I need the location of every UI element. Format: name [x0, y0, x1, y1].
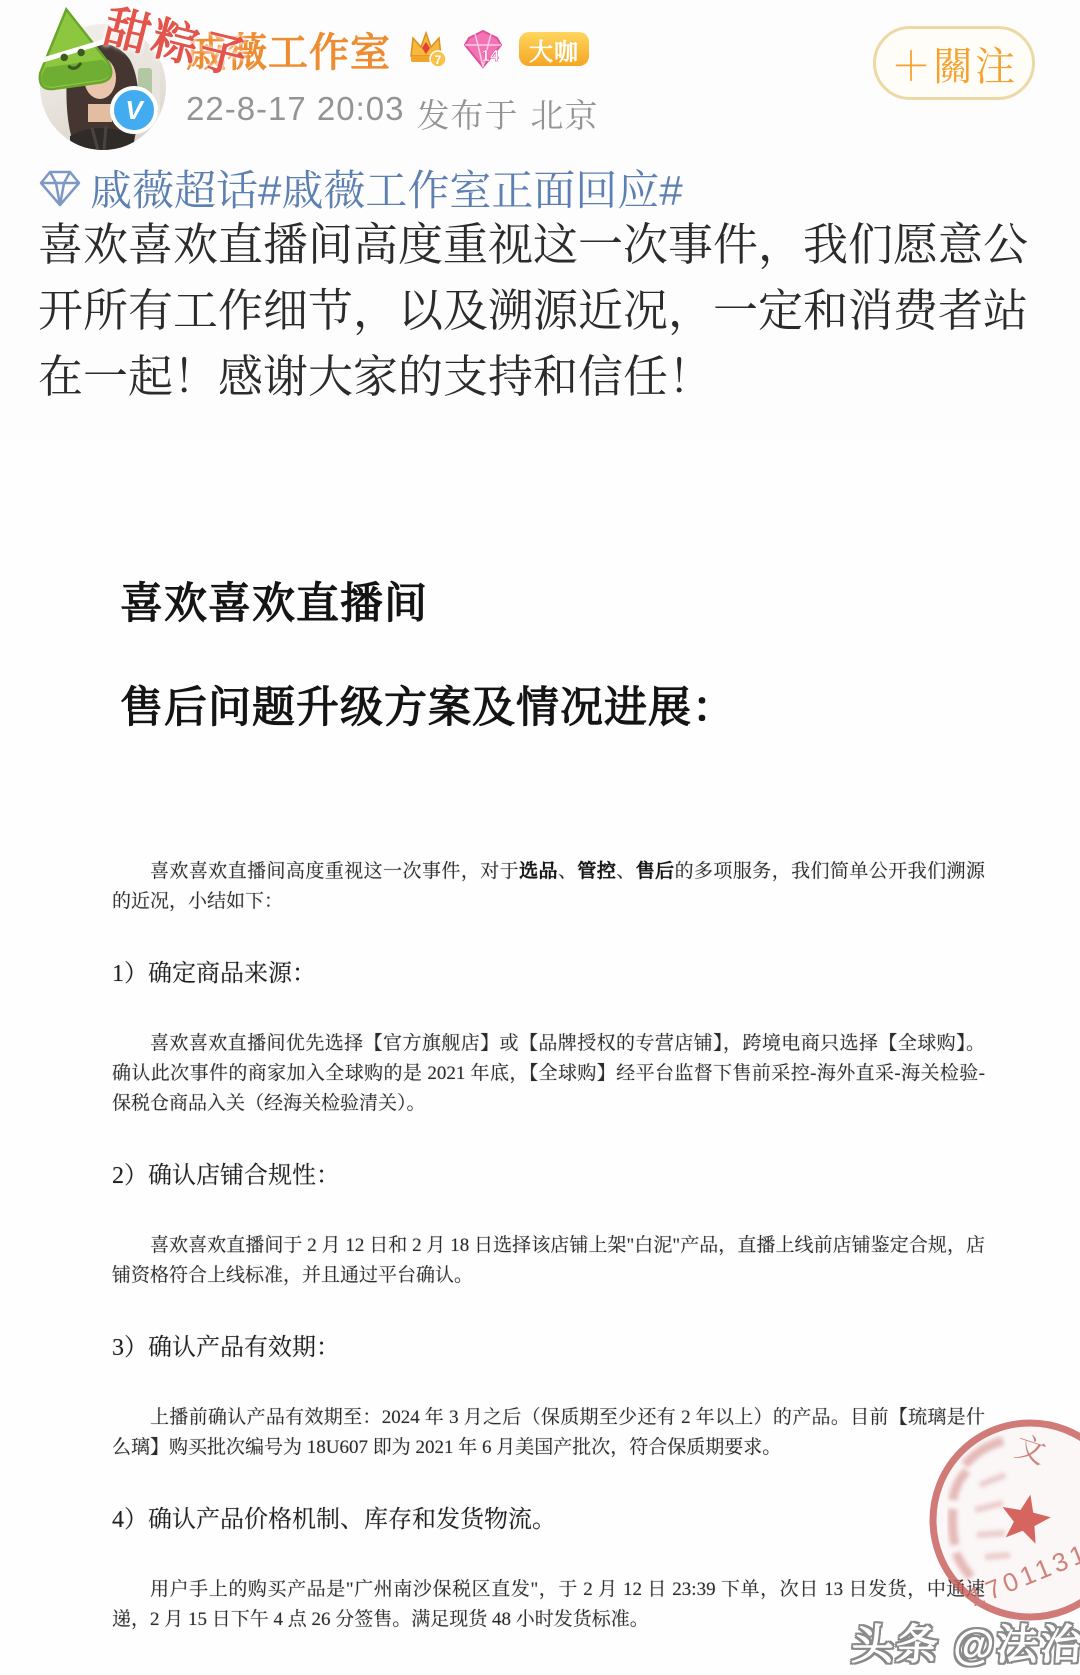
- section-3-body: 上播前确认产品有效期至：2024 年 3 月之后（保质期至少还有 2 年以上）的…: [112, 1403, 985, 1463]
- post-text: 喜欢喜欢直播间高度重视这一次事件，我们愿意公开所有工作细节，以及溯源近况，一定和…: [38, 212, 1038, 410]
- diamond-level-icon[interactable]: 14: [461, 28, 505, 70]
- attached-document-image[interactable]: 喜欢喜欢直播间 售后问题升级方案及情况进展： 喜欢喜欢直播间高度重视这一次事件，…: [0, 440, 1080, 1675]
- username[interactable]: 戚薇工作室: [186, 21, 391, 78]
- published-from-label: 发布于: [417, 90, 519, 137]
- crown-level-icon[interactable]: 7: [405, 29, 447, 69]
- document-title-line1: 喜欢喜欢直播间: [120, 583, 985, 626]
- section-1-heading: 1）确定商品来源：: [112, 959, 985, 989]
- verified-badge-icon: V: [110, 86, 158, 134]
- toutiao-watermark: 头条 @法治潮阳: [850, 1612, 1080, 1672]
- avatar[interactable]: V: [40, 24, 166, 150]
- user-row: 戚薇工作室 7 14 大咖: [186, 22, 589, 76]
- avatar-illustration: [40, 24, 166, 150]
- section-4-heading: 4）确认产品价格机制、库存和发货物流。: [112, 1505, 985, 1535]
- intro-separator: 、: [616, 861, 635, 882]
- section-3-heading: 3）确认产品有效期：: [112, 1333, 985, 1363]
- avatar-photo: [40, 24, 166, 150]
- section-2-body: 喜欢喜欢直播间于 2 月 12 日和 2 月 18 日选择该店铺上架"白泥"产品…: [112, 1231, 985, 1291]
- document-intro-paragraph: 喜欢喜欢直播间高度重视这一次事件，对于选品、管控、售后的多项服务，我们简单公开我…: [112, 857, 985, 917]
- supertopic-link[interactable]: 戚薇超话#戚薇工作室正面回应#: [38, 158, 683, 218]
- diamond-level-number: 14: [481, 48, 499, 65]
- intro-bold-xuanpin: 选品: [519, 861, 558, 882]
- section-2-heading: 2）确认店铺合规性：: [112, 1161, 985, 1191]
- supertopic-gem-icon: [38, 168, 82, 208]
- timestamp: 22-8-17 20:03: [186, 90, 405, 137]
- vip-badge[interactable]: 大咖: [519, 32, 589, 66]
- document-title-line2: 售后问题升级方案及情况进展：: [120, 687, 985, 730]
- crown-level-number: 7: [435, 53, 442, 67]
- section-1-body: 喜欢喜欢直播间优先选择【官方旗舰店】或【品牌授权的专营店铺】，跨境电商只选择【全…: [112, 1029, 985, 1119]
- red-seal-stamp: 文 1701131: [925, 1405, 1080, 1640]
- location-link[interactable]: 北京: [531, 90, 599, 137]
- follow-button[interactable]: ＋關注: [873, 26, 1035, 100]
- intro-bold-guankong: 管控: [577, 861, 616, 882]
- intro-separator: 、: [558, 861, 577, 882]
- verified-letter: V: [125, 95, 142, 126]
- hashtag-text: 戚薇超话#戚薇工作室正面回应#: [90, 158, 683, 218]
- post-meta: 22-8-17 20:03 发布于 北京: [186, 90, 599, 137]
- intro-bold-shouhou: 售后: [636, 861, 675, 882]
- weibo-post-screenshot: V 甜粽子 戚薇工作室 7: [0, 0, 1080, 1675]
- intro-segment: 喜欢喜欢直播间高度重视这一次事件，对于: [150, 861, 519, 882]
